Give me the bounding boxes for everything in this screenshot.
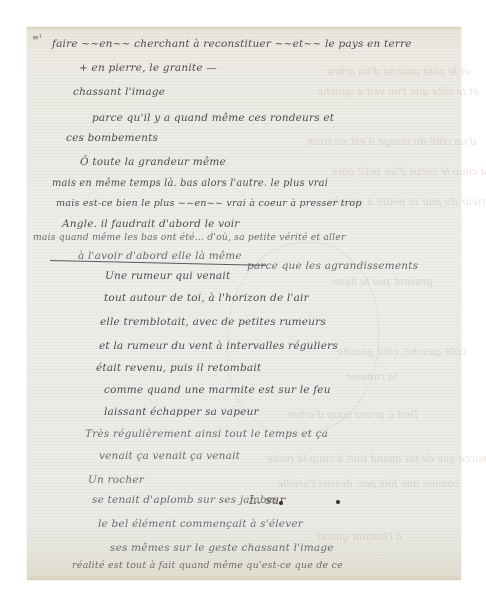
corner-mark: ≡¹ (32, 33, 42, 42)
manuscript-line: laissant échapper sa vapeur (104, 406, 259, 418)
manuscript-line: tout autour de toi, à l'horizon de l'air (104, 292, 309, 304)
show-through-text: Tout à coup le corps d'un petit gars (332, 167, 486, 178)
manuscript-line: et la rumeur du vent à intervalles régul… (99, 340, 338, 352)
page-edge-top (27, 27, 461, 31)
show-through-text: comme une fois pas, dessus l'oreille (277, 479, 459, 490)
show-through-text: côté gauche, côté gauche (337, 347, 466, 358)
manuscript-line: + en pierre, le granite — (79, 62, 217, 74)
manuscript-line: Angle. il faudrait d'abord le voir (62, 218, 240, 230)
ink-blot (336, 500, 340, 504)
manuscript-line: mais en même temps là. bas alors l'autre… (52, 178, 328, 189)
show-through-text: et le côté gauche d'un arbre (327, 67, 470, 78)
manuscript-line: parce que les agrandissements (247, 260, 418, 272)
manuscript-line: le bel élément commençait à s'élever (98, 518, 303, 530)
manuscript-line: elle tremblotait, avec de petites rumeur… (100, 316, 326, 328)
manuscript-line: Ô toute la grandeur même (80, 156, 226, 168)
manuscript-line: Un rocher (88, 474, 144, 486)
show-through-text: parce que de toi quand tout à coup la ro… (267, 454, 486, 465)
manuscript-line: parce qu'il y a quand même ces rondeurs … (92, 112, 334, 124)
manuscript-line: comme quand une marmite est sur le feu (104, 384, 331, 396)
manuscript-line: ses mêmes sur le geste chassant l'image (110, 542, 334, 554)
manuscript-line: faire ~~en~~ cherchant à reconstituer ~~… (52, 38, 412, 50)
manuscript-line: chassant l'image (73, 86, 165, 98)
manuscript-line: Une rumeur qui venait (105, 270, 230, 282)
manuscript-line: mais quand même les bas ont été... d'où,… (33, 232, 346, 243)
ink-blot (279, 501, 283, 505)
show-through-text: d'un côté du visage il est en train (307, 137, 476, 148)
manuscript-line: réalité est tout à fait quand même qu'es… (72, 560, 343, 571)
show-through-text: Tout à grand coup d'arbre (287, 410, 420, 421)
manuscript-line: était revenu, puis il retombait (96, 362, 261, 374)
show-through-text: gravant pas la ligne (332, 277, 433, 288)
show-through-text: et le côté que l'on voit à gauche (317, 87, 479, 98)
show-through-text: la rumeur (347, 372, 397, 383)
manuscript-line: à l'avoir d'abord elle là même (78, 250, 242, 262)
manuscript-line: Très régulièrement ainsi tout le temps e… (85, 428, 328, 440)
manuscript-line: venait ça venait ça venait (99, 450, 240, 462)
page-edge-bottom (27, 575, 461, 580)
manuscript-line: mais est-ce bien le plus ~~en~~ vrai à c… (56, 198, 362, 209)
manuscript-page: et le côté gauche d'un arbre et le côté … (27, 27, 461, 580)
manuscript-line: ces bombements (66, 132, 158, 144)
